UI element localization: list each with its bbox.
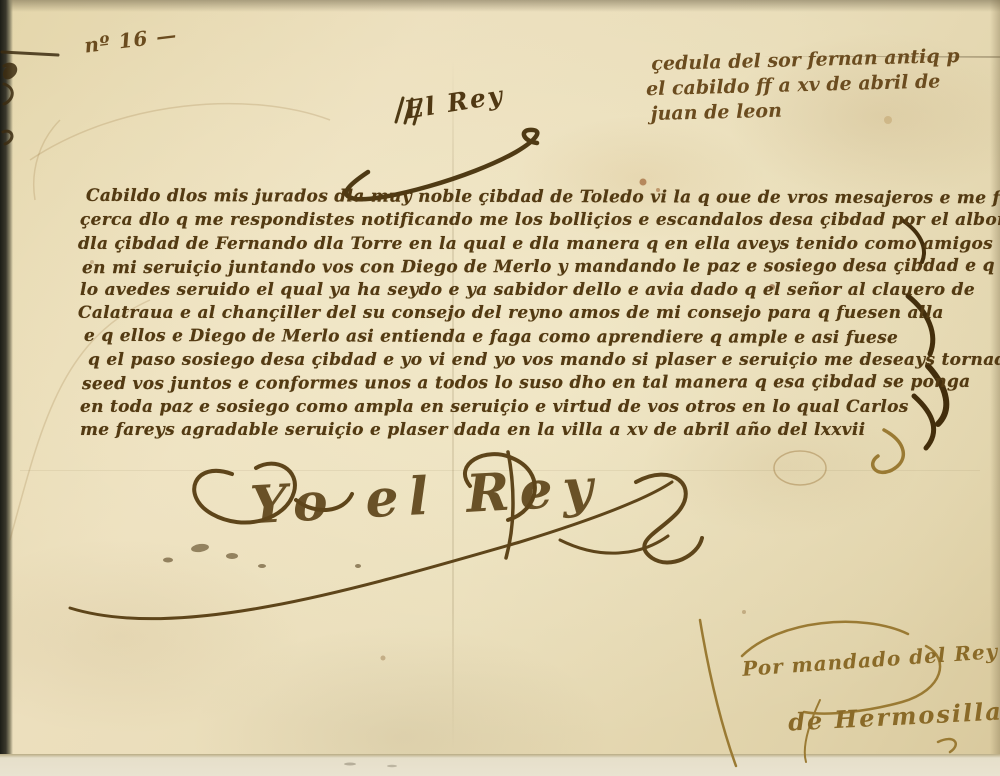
body-line: seed vos juntos e conformes unos a todos… — [82, 371, 955, 397]
body-line: Calatraua e al chançiller del su consejo… — [78, 302, 955, 325]
body-line: en toda paz e sosiego como ampla en seru… — [80, 396, 955, 419]
body-line: Cabildo dlos mis jurados dla muy noble ç… — [86, 185, 955, 211]
body-line: me fareys agradable seruiçio e plaser da… — [80, 419, 955, 442]
corner-note: çedula del sor fernan antiq p el cabildo… — [651, 44, 961, 127]
body-line: e q ellos e Diego de Merlo asi entienda … — [84, 325, 955, 351]
scan-edge-left — [0, 0, 13, 776]
manuscript-scan: nº 16 — çedula del sor fernan antiq p el… — [0, 0, 1000, 776]
fold-and-lower-sheet — [0, 754, 1000, 776]
body-line: dla çibdad de Fernando dla Torre en la q… — [78, 233, 955, 256]
body-line: çerca dlo q me respondistes notificando … — [80, 209, 955, 232]
body-text: Cabildo dlos mis jurados dla muy noble ç… — [80, 186, 955, 442]
scan-edge-top — [0, 0, 1000, 12]
body-line: en mi seruiçio juntando vos con Diego de… — [82, 255, 955, 281]
body-line: q el paso sosiego desa çibdad e yo vi en… — [88, 349, 955, 372]
body-line: lo avedes seruido el qual ya ha seydo e … — [80, 279, 955, 302]
